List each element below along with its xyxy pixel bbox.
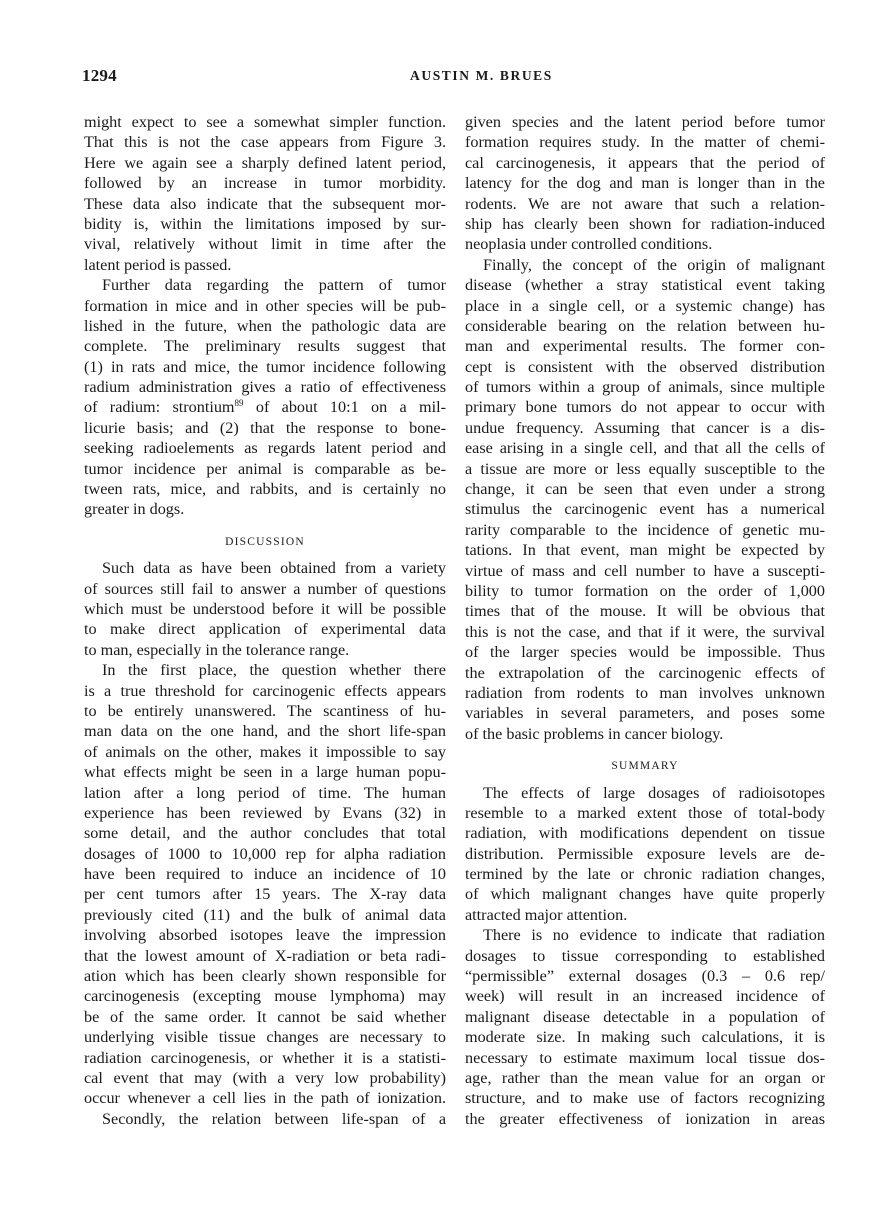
- text-line: stimulus the carcinogenic event has a nu…: [465, 499, 825, 519]
- text-line: dosages of 1000 to 10,000 rep for alpha …: [84, 844, 446, 864]
- text-line: dosages to tissue corresponding to estab…: [465, 946, 825, 966]
- text-line: given species and the latent period befo…: [465, 112, 825, 132]
- text-line: “permissible” external dosages (0.3 – 0.…: [465, 966, 825, 986]
- text-line: lation after a long period of time. The …: [84, 783, 446, 803]
- text-fragment: of about 10:1 on a mil-: [244, 398, 446, 416]
- paragraph: Finally, the concept of the origin of ma…: [465, 255, 825, 744]
- paragraph: Further data regarding the pattern of tu…: [84, 275, 446, 520]
- text-line: licurie basis; and (2) that the response…: [84, 418, 446, 438]
- text-line: tations. In that event, man might be exp…: [465, 540, 825, 560]
- text-line: bility to tumor formation on the order o…: [465, 581, 825, 601]
- text-line: cal carcinogenesis, it appears that the …: [465, 153, 825, 173]
- paragraph: given species and the latent period befo…: [465, 112, 825, 255]
- text-line: place in a single cell, or a systemic ch…: [465, 296, 825, 316]
- text-line: a tissue are more or less equally suscep…: [465, 459, 825, 479]
- text-line: that the lowest amount of X-radiation or…: [84, 946, 446, 966]
- text-line: tween rats, mice, and rabbits, and is ce…: [84, 479, 446, 499]
- text-line: The effects of large dosages of radioiso…: [465, 783, 825, 803]
- text-line: distribution. Permissible exposure level…: [465, 844, 825, 864]
- text-line: occur whenever a cell lies in the path o…: [84, 1088, 446, 1108]
- section-heading-discussion: DISCUSSION: [84, 532, 446, 552]
- text-line: age, rather than the mean value for an o…: [465, 1068, 825, 1088]
- paragraph: Such data as have been obtained from a v…: [84, 558, 446, 660]
- text-line: rarity comparable to the incidence of ge…: [465, 520, 825, 540]
- text-line: rodents. We are not aware that such a re…: [465, 194, 825, 214]
- paragraph: might expect to see a somewhat simpler f…: [84, 112, 446, 275]
- text-line: man data on the one hand, and the short …: [84, 721, 446, 741]
- text-line: of which malignant changes have quite pr…: [465, 884, 825, 904]
- text-line: formation requires study. In the matter …: [465, 132, 825, 152]
- text-line: followed by an increase in tumor morbidi…: [84, 173, 446, 193]
- text-line: per cent tumors after 15 years. The X-ra…: [84, 884, 446, 904]
- text-line: These data also indicate that the subseq…: [84, 194, 446, 214]
- text-line: virtue of mass and cell number to have a…: [465, 561, 825, 581]
- text-line: might expect to see a somewhat simpler f…: [84, 112, 446, 132]
- text-line: cept is consistent with the observed dis…: [465, 357, 825, 377]
- text-line: previously cited (11) and the bulk of an…: [84, 905, 446, 925]
- text-fragment: of radium: strontium: [84, 398, 235, 416]
- text-line: the greater effectiveness of ionization …: [465, 1109, 825, 1129]
- page-header: 1294 AUSTIN M. BRUES: [82, 66, 802, 88]
- text-line: what effects might be seen in a large hu…: [84, 762, 446, 782]
- text-line: have been required to induce an incidenc…: [84, 864, 446, 884]
- text-line: of the basic problems in cancer biology.: [465, 724, 825, 744]
- text-line: man and experimental results. The former…: [465, 336, 825, 356]
- text-line: complete. The preliminary results sugges…: [84, 336, 446, 356]
- text-line: vival, relatively without limit in time …: [84, 234, 446, 254]
- text-line: carcinogenesis (excepting mouse lymphoma…: [84, 986, 446, 1006]
- text-line: moderate size. In making such calculatio…: [465, 1027, 825, 1047]
- text-line: radiation from rodents to man involves u…: [465, 683, 825, 703]
- text-line: malignant disease detectable in a popula…: [465, 1007, 825, 1027]
- paragraph: The effects of large dosages of radioiso…: [465, 783, 825, 926]
- text-line: underlying visible tissue changes are ne…: [84, 1027, 446, 1047]
- text-line: to be entirely unanswered. The scantines…: [84, 701, 446, 721]
- text-line: is a true threshold for carcinogenic eff…: [84, 681, 446, 701]
- text-line: considerable bearing on the relation bet…: [465, 316, 825, 336]
- text-line: of the larger species would be impossibl…: [465, 642, 825, 662]
- right-column: given species and the latent period befo…: [465, 112, 825, 1129]
- text-line: greater in dogs.: [84, 499, 446, 519]
- text-line: ation which has been clearly shown respo…: [84, 966, 446, 986]
- text-line: the extrapolation of the carcinogenic ef…: [465, 663, 825, 683]
- text-line-with-superscript: of radium: strontium89 of about 10:1 on …: [84, 397, 446, 417]
- text-line: Finally, the concept of the origin of ma…: [465, 255, 825, 275]
- text-line: ease arising in a single cell, and that …: [465, 438, 825, 458]
- page-number: 1294: [82, 66, 117, 86]
- paragraph: In the first place, the question whether…: [84, 660, 446, 1109]
- text-line: involving absorbed isotopes leave the im…: [84, 925, 446, 945]
- text-line: Secondly, the relation between life-span…: [84, 1109, 446, 1129]
- text-line: lished in the future, when the pathologi…: [84, 316, 446, 336]
- text-line: week) will result in an increased incide…: [465, 986, 825, 1006]
- text-line: radiation, with modifications dependent …: [465, 823, 825, 843]
- text-line: termined by the late or chronic radiatio…: [465, 864, 825, 884]
- text-line: There is no evidence to indicate that ra…: [465, 925, 825, 945]
- text-line: radium administration gives a ratio of e…: [84, 377, 446, 397]
- text-line: necessary to estimate maximum local tiss…: [465, 1048, 825, 1068]
- text-line: some detail, and the author concludes th…: [84, 823, 446, 843]
- text-line: of animals on the other, makes it imposs…: [84, 742, 446, 762]
- text-line: of sources still fail to answer a number…: [84, 579, 446, 599]
- text-line: primary bone tumors do not appear to occ…: [465, 397, 825, 417]
- text-line: In the first place, the question whether…: [84, 660, 446, 680]
- text-line: (1) in rats and mice, the tumor incidenc…: [84, 357, 446, 377]
- text-line: be of the same order. It cannot be said …: [84, 1007, 446, 1027]
- paragraph: Secondly, the relation between life-span…: [84, 1109, 446, 1129]
- text-line: ship has clearly been shown for radiatio…: [465, 214, 825, 234]
- text-line: this is not the case, and that if it wer…: [465, 622, 825, 642]
- running-head: AUSTIN M. BRUES: [410, 68, 553, 84]
- text-line: to make direct application of experiment…: [84, 619, 446, 639]
- text-line: attracted major attention.: [465, 905, 825, 925]
- text-line: Such data as have been obtained from a v…: [84, 558, 446, 578]
- text-line: resemble to a marked extent those of tot…: [465, 803, 825, 823]
- text-line: variables in several parameters, and pos…: [465, 703, 825, 723]
- text-line: seeking radioelements as regards latent …: [84, 438, 446, 458]
- text-line: neoplasia under controlled conditions.: [465, 234, 825, 254]
- text-line: change, it can be seen that even under a…: [465, 479, 825, 499]
- text-line: cal event that may (with a very low prob…: [84, 1068, 446, 1088]
- isotope-superscript: 89: [235, 398, 244, 408]
- text-line: Further data regarding the pattern of tu…: [84, 275, 446, 295]
- text-line: formation in mice and in other species w…: [84, 296, 446, 316]
- text-line: That this is not the case appears from F…: [84, 132, 446, 152]
- text-line: which must be understood before it will …: [84, 599, 446, 619]
- text-line: bidity is, within the limitations impose…: [84, 214, 446, 234]
- text-line: latency for the dog and man is longer th…: [465, 173, 825, 193]
- text-line: to man, especially in the tolerance rang…: [84, 640, 446, 660]
- text-line: Here we again see a sharply defined late…: [84, 153, 446, 173]
- paragraph: There is no evidence to indicate that ra…: [465, 925, 825, 1129]
- text-line: times that of the mouse. It will be obvi…: [465, 601, 825, 621]
- text-line: radiation carcinogenesis, or whether it …: [84, 1048, 446, 1068]
- text-line: experience has been reviewed by Evans (3…: [84, 803, 446, 823]
- text-line: disease (whether a stray statistical eve…: [465, 275, 825, 295]
- text-line: latent period is passed.: [84, 255, 446, 275]
- text-line: structure, and to make use of factors re…: [465, 1088, 825, 1108]
- text-line: tumor incidence per animal is comparable…: [84, 459, 446, 479]
- left-column: might expect to see a somewhat simpler f…: [84, 112, 446, 1129]
- text-line: of tumors within a group of animals, sin…: [465, 377, 825, 397]
- text-line: undue frequency. Assuming that cancer is…: [465, 418, 825, 438]
- section-heading-summary: SUMMARY: [465, 756, 825, 776]
